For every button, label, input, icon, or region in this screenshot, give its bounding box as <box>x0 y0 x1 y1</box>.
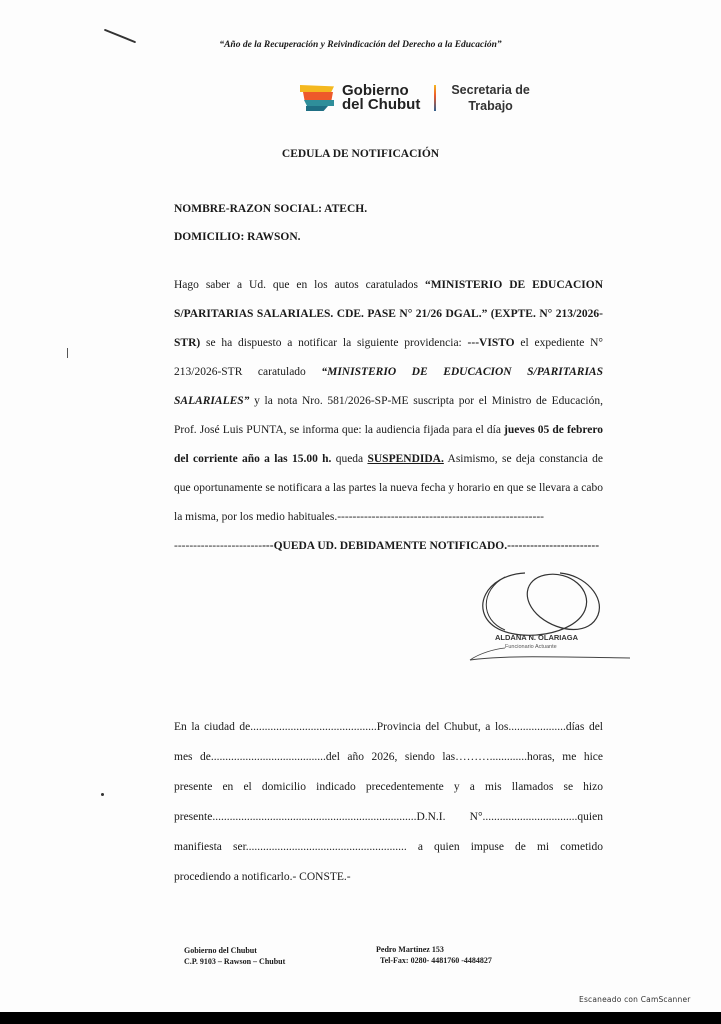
notified-statement: ---QUEDA UD. DEBIDAMENTE NOTIFICADO.----… <box>262 540 599 552</box>
chubut-logo-icon <box>298 83 338 113</box>
government-logo: Gobierno del Chubut Secretaria de Trabaj… <box>298 80 530 116</box>
signature-icon <box>465 565 635 670</box>
scan-artifact-edge <box>67 348 68 358</box>
government-name: Gobierno del Chubut <box>342 84 420 112</box>
recipient-address: DOMICILIO: RAWSON. <box>174 231 301 243</box>
signatory-role: Funcionario Actuante <box>505 644 557 650</box>
status-suspended: SUSPENDIDA. <box>367 453 443 465</box>
signatory-name: ALDANA N. OLARIAGA <box>495 633 578 642</box>
logo-divider <box>434 85 436 111</box>
footer-address: Gobierno del Chubut C.P. 9103 – Rawson –… <box>184 945 285 967</box>
secretariat-name: Secretaria de Trabajo <box>451 82 530 114</box>
camscanner-watermark: Escaneado con CamScanner <box>579 995 691 1004</box>
document-title: CEDULA DE NOTIFICACIÓN <box>0 148 721 160</box>
bottom-bar <box>0 1012 721 1024</box>
recipient-name: NOMBRE-RAZON SOCIAL: ATECH. <box>174 203 367 215</box>
scanned-page: “Año de la Recuperación y Reivindicación… <box>0 0 721 1010</box>
footer-contact: Pedro Martinez 153 Tel-Fax: 0280- 448176… <box>376 944 492 966</box>
notice-paragraph: Hago saber a Ud. que en los autos caratu… <box>174 271 603 561</box>
scan-artifact-dot <box>101 793 104 796</box>
diligence-paragraph: En la ciudad de.........................… <box>174 712 603 892</box>
year-motto: “Año de la Recuperación y Reivindicación… <box>0 40 721 50</box>
